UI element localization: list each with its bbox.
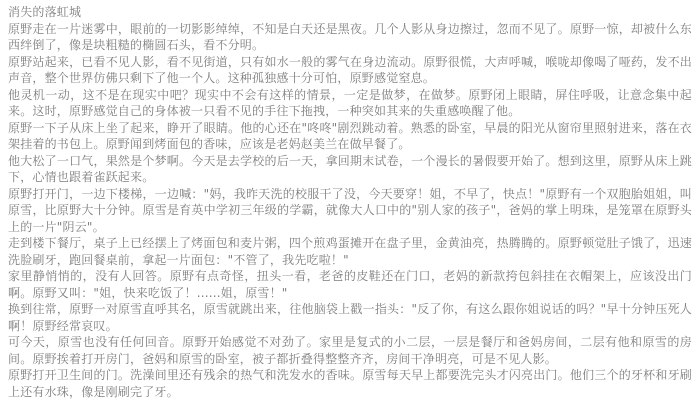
story-paragraph: 他灵机一动，这不是在现实中吧？现实中不会有这样的情景，一定是做梦，在做梦。原野闭… bbox=[8, 87, 692, 120]
story-page: 消失的落虹城 原野走在一片迷雾中，眼前的一切影影绰绰，不知是白天还是黑夜。几个人… bbox=[0, 0, 700, 400]
story-body: 原野走在一片迷雾中，眼前的一切影影绰绰，不知是白天还是黑夜。几个人影从身边擦过，… bbox=[8, 21, 692, 400]
story-paragraph: 原野站起来，已看不见人影，看不见街道，只有如水一般的雾气在身边流动。原野很慌，大… bbox=[8, 54, 692, 87]
story-paragraph: 原野打开卫生间的门。洗澡间里还有残余的热气和洗发水的香味。原雪每天早上都要洗完头… bbox=[8, 367, 692, 400]
story-paragraph: 家里静悄悄的，没有人回答。原野有点奇怪，扭头一看，老爸的皮鞋还在门口，老妈的新款… bbox=[8, 268, 692, 301]
story-paragraph: 走到楼下餐厅，桌子上已经摆上了烤面包和麦片粥，四个煎鸡蛋摊开在盘子里，金黄油亮，… bbox=[8, 235, 692, 268]
story-paragraph: 原野一下子从床上坐了起来，睁开了眼睛。他的心还在"咚咚"剧烈跳动着。熟悉的卧室，… bbox=[8, 120, 692, 153]
story-paragraph: 可今天，原雪也没有任何回音。原野开始感觉不对劲了。家里是复式的小二层，一层是餐厅… bbox=[8, 334, 692, 367]
story-paragraph: 他大松了一口气，果然是个梦啊。今天是去学校的后一天，拿回期末试卷，一个漫长的暑假… bbox=[8, 153, 692, 186]
story-paragraph: 换到往常，原野一对原雪直呼其名，原雪就跳出来，往他脑袋上戳一指头："反了你，有这… bbox=[8, 301, 692, 334]
story-paragraph: 原野走在一片迷雾中，眼前的一切影影绰绰，不知是白天还是黑夜。几个人影从身边擦过，… bbox=[8, 21, 692, 54]
story-paragraph: 原野打开门，一边下楼梯，一边喊："妈，我昨天洗的校服干了没，今天要穿！姐，不早了… bbox=[8, 186, 692, 236]
story-title: 消失的落虹城 bbox=[8, 4, 692, 21]
